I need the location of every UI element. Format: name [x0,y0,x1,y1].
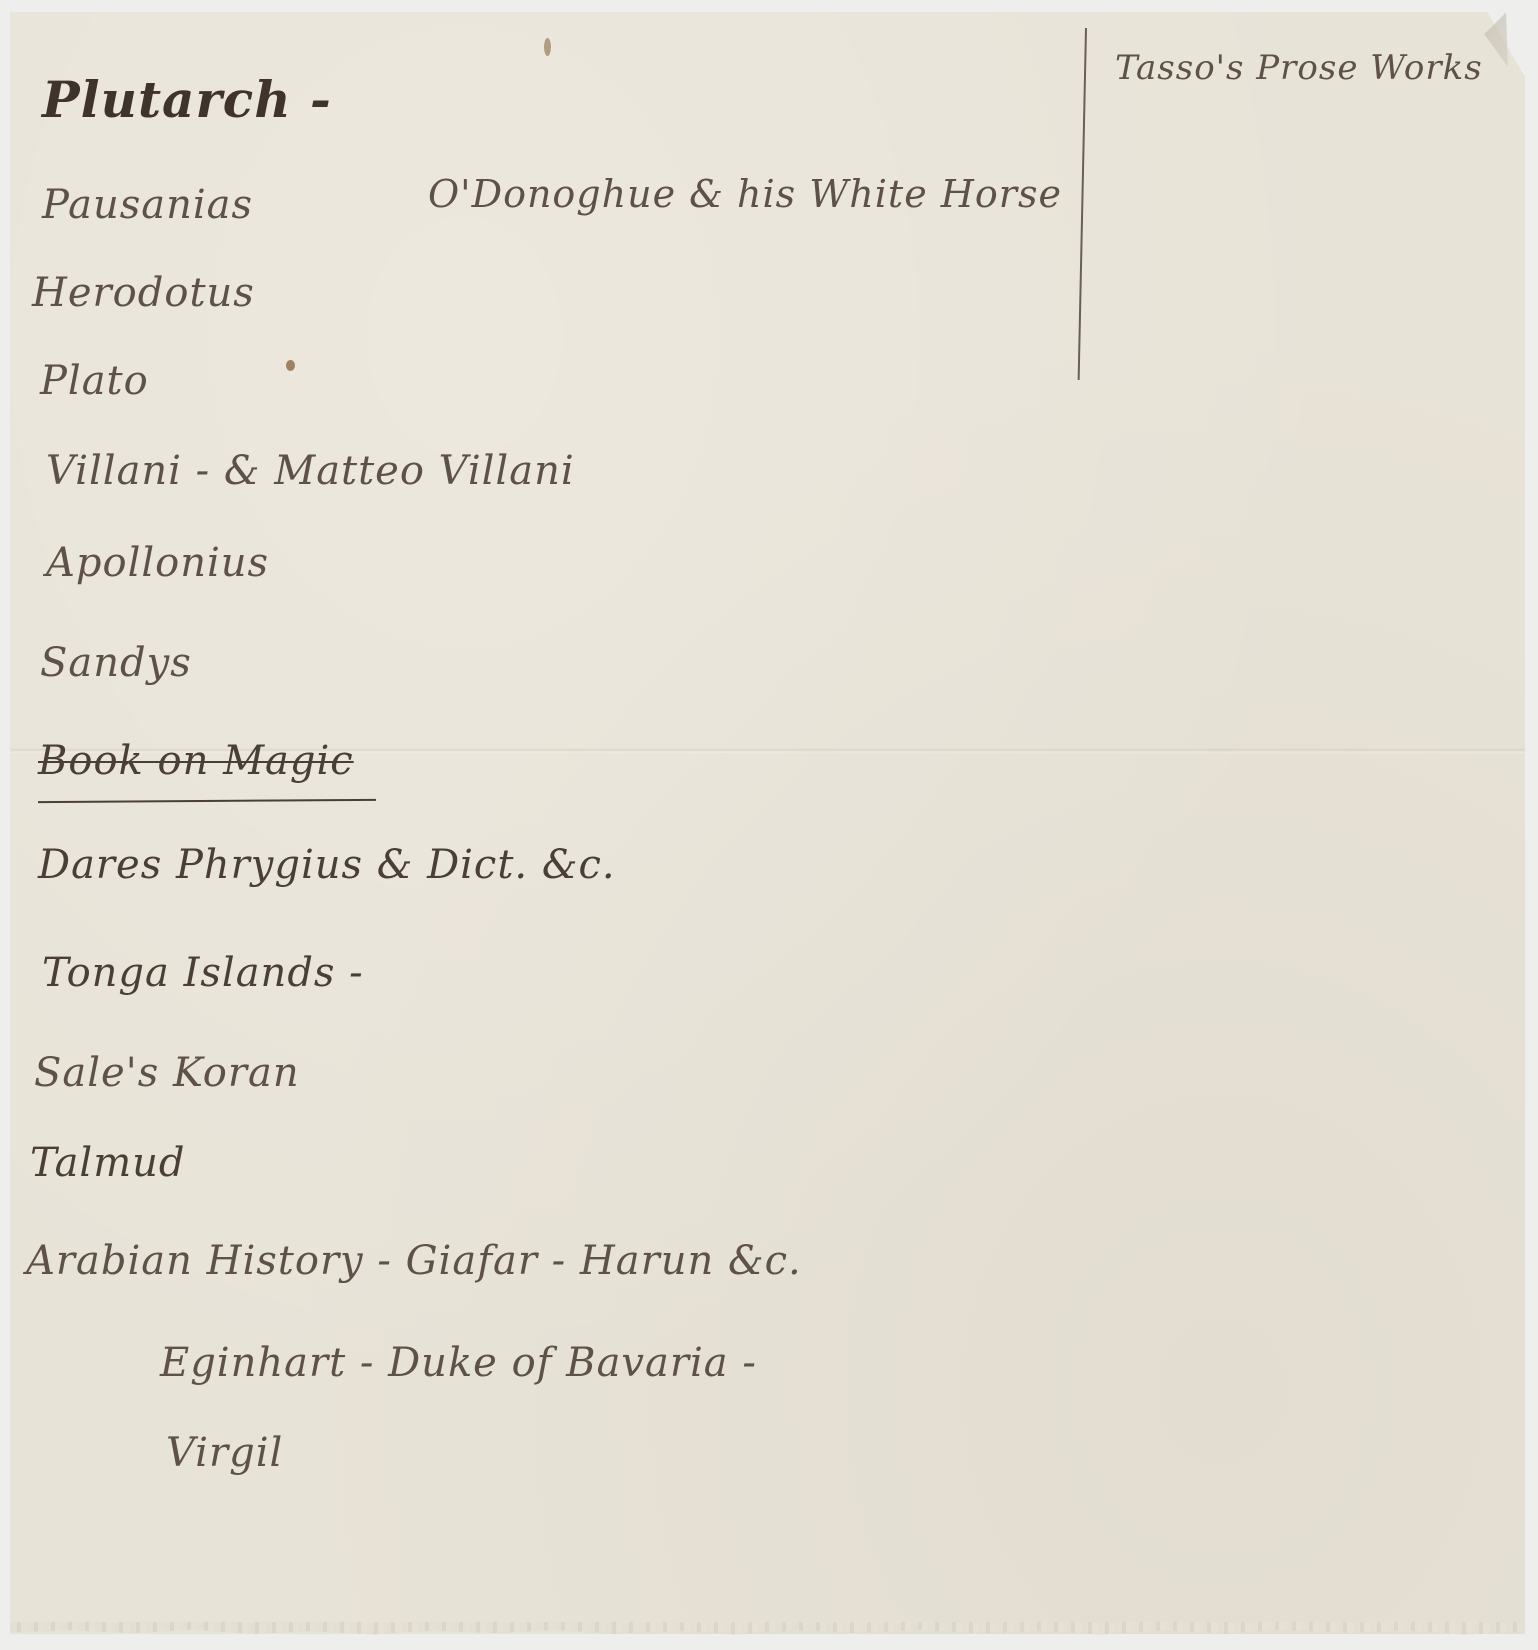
list-item-herodotus: Herodotus [32,270,255,316]
list-item-sales-koran: Sale's Koran [34,1050,300,1096]
list-item-plutarch: Plutarch - [42,70,332,129]
list-item-arabian-history: Arabian History - Giafar - Harun &c. [26,1238,802,1284]
list-item-tonga-islands: Tonga Islands - [42,950,364,996]
list-item-sandys: Sandys [40,640,192,686]
list-item-plato: Plato [40,358,149,404]
middle-note-odonoghue: O'Donoghue & his White Horse [428,172,1062,216]
list-item-talmud: Talmud [30,1140,186,1186]
list-item-apollonius: Apollonius [46,540,269,586]
right-note-tasso: Tasso's Prose Works [1115,48,1483,88]
list-item-dares-phrygius: Dares Phrygius & Dict. &c. [38,842,616,888]
list-item-pausanias: Pausanias [42,182,253,228]
list-item-book-on-magic-struck: Book on Magic [38,738,354,784]
list-item-virgil: Virgil [166,1430,283,1476]
manuscript-page [10,12,1525,1634]
ink-stain [286,360,295,371]
ink-stain [544,38,551,56]
list-item-eginhart: Eginhart - Duke of Bavaria - [160,1340,757,1386]
list-item-villani: Villani - & Matteo Villani [46,448,575,494]
